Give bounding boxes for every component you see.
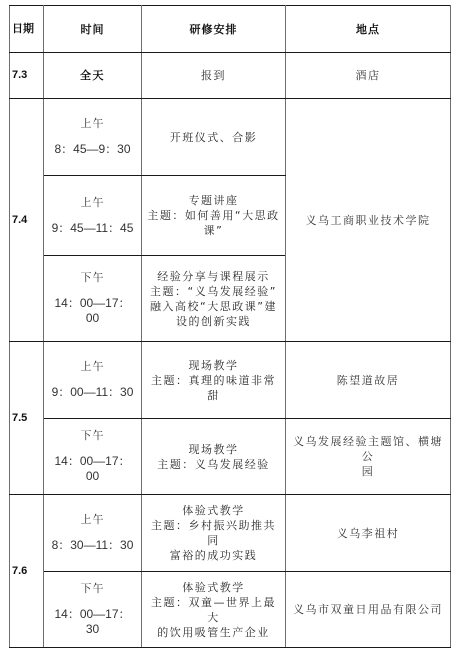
table-row: 7.5 上午 9：00—11：30 现场教学 主题：真理的味道非常甜 陈望道故居	[10, 342, 451, 419]
header-date: 日期	[10, 6, 44, 53]
header-row: 日期 时间 研修安排 地点	[10, 6, 451, 53]
date-cell: 7.4	[10, 99, 44, 342]
time-range: 14：00—17：00	[48, 454, 137, 484]
plan-cell: 经验分享与课程展示 主题：“义乌发展经验” 融入高校“大思政课”建 设的创新实践	[142, 256, 286, 342]
header-location: 地点	[286, 6, 451, 53]
time-range: 14：00—17：00	[48, 296, 137, 326]
plan-line: 现场教学	[146, 358, 281, 373]
location-cell: 酒店	[286, 53, 451, 99]
time-range: 14：00—17：30	[48, 607, 137, 637]
plan-line: 体验式教学	[146, 503, 281, 518]
plan-line: 主题：真理的味道非常甜	[146, 373, 281, 403]
location-line: 义乌发展经验主题馆、横塘公	[290, 434, 446, 464]
period-label: 上午	[48, 360, 137, 375]
location-cell: 义乌市双童日用品有限公司	[286, 572, 451, 648]
plan-line: 课”	[146, 223, 281, 238]
plan-cell: 专题讲座 主题：如何善用“大思政 课”	[142, 176, 286, 256]
plan-cell: 现场教学 主题：义乌发展经验	[142, 419, 286, 495]
header-time: 时间	[44, 6, 142, 53]
plan-line: 体验式教学	[146, 580, 281, 595]
plan-line: 融入高校“大思政课”建	[146, 299, 281, 314]
time-cell: 下午 14：00—17：00	[44, 256, 142, 342]
plan-line: 主题：“义乌发展经验”	[146, 284, 281, 299]
period-label: 下午	[48, 271, 137, 286]
location-cell: 义乌李祖村	[286, 495, 451, 572]
plan-line: 经验分享与课程展示	[146, 269, 281, 284]
plan-cell: 报到	[142, 53, 286, 99]
time-range: 9：00—11：30	[48, 385, 137, 400]
period-label: 上午	[48, 117, 137, 132]
plan-line: 开班仪式、合影	[146, 130, 281, 145]
plan-line: 设的创新实践	[146, 314, 281, 329]
plan-line: 富裕的成功实践	[146, 548, 281, 563]
header-plan: 研修安排	[142, 6, 286, 53]
time-cell: 上午 8：30—11：30	[44, 495, 142, 572]
plan-line: 主题：双童—世界上最大	[146, 595, 281, 625]
table-row: 下午 14：00—17：00 现场教学 主题：义乌发展经验 义乌发展经验主题馆、…	[10, 419, 451, 495]
period-label: 下午	[48, 582, 137, 597]
plan-cell: 体验式教学 主题：乡村振兴助推共同 富裕的成功实践	[142, 495, 286, 572]
time-cell: 上午 9：45—11：45	[44, 176, 142, 256]
time-cell: 下午 14：00—17：00	[44, 419, 142, 495]
plan-line: 现场教学	[146, 442, 281, 457]
period-label: 上午	[48, 513, 137, 528]
location-cell: 义乌发展经验主题馆、横塘公 园	[286, 419, 451, 495]
location-cell: 义乌工商职业技术学院	[286, 99, 451, 342]
time-range: 9：45—11：45	[48, 221, 137, 236]
plan-cell: 体验式教学 主题：双童—世界上最大 的饮用吸管生产企业	[142, 572, 286, 648]
date-cell: 7.6	[10, 495, 44, 648]
plan-line: 主题：如何善用“大思政	[146, 208, 281, 223]
table-row: 7.4 上午 8：45—9：30 开班仪式、合影 义乌工商职业技术学院	[10, 99, 451, 176]
time-cell: 上午 8：45—9：30	[44, 99, 142, 176]
plan-line: 主题：乡村振兴助推共同	[146, 518, 281, 548]
time-cell: 上午 9：00—11：30	[44, 342, 142, 419]
plan-line: 专题讲座	[146, 193, 281, 208]
schedule-table: 日期 时间 研修安排 地点 7.3 全天 报到 酒店 7.4 上午 8：45—9…	[9, 5, 451, 648]
table-row: 下午 14：00—17：30 体验式教学 主题：双童—世界上最大 的饮用吸管生产…	[10, 572, 451, 648]
plan-line: 主题：义乌发展经验	[146, 457, 281, 472]
period-label: 下午	[48, 429, 137, 444]
time-cell: 全天	[44, 53, 142, 99]
plan-line: 的饮用吸管生产企业	[146, 625, 281, 640]
time-cell: 下午 14：00—17：30	[44, 572, 142, 648]
time-range: 8：45—9：30	[48, 142, 137, 157]
plan-cell: 现场教学 主题：真理的味道非常甜	[142, 342, 286, 419]
period-label: 上午	[48, 196, 137, 211]
date-cell: 7.5	[10, 342, 44, 495]
location-cell: 陈望道故居	[286, 342, 451, 419]
time-range: 8：30—11：30	[48, 538, 137, 553]
table-row: 7.3 全天 报到 酒店	[10, 53, 451, 99]
plan-cell: 开班仪式、合影	[142, 99, 286, 176]
location-line: 园	[290, 464, 446, 479]
table-row: 7.6 上午 8：30—11：30 体验式教学 主题：乡村振兴助推共同 富裕的成…	[10, 495, 451, 572]
date-cell: 7.3	[10, 53, 44, 99]
